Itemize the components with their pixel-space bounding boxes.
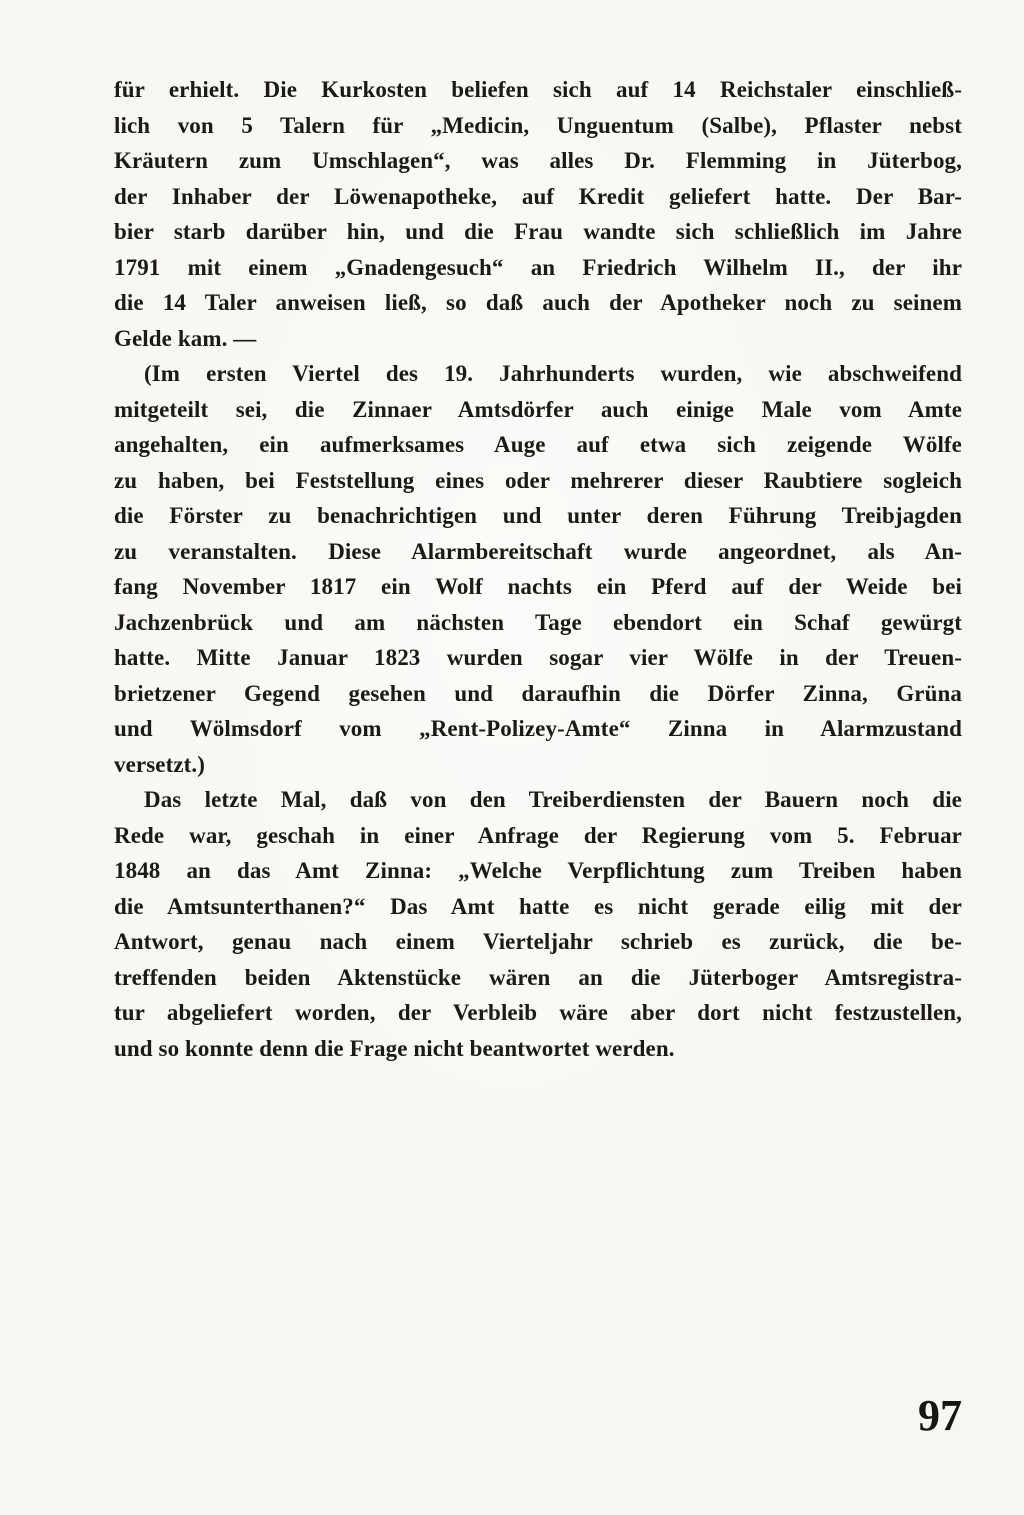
text-line: (Im ersten Viertel des 19. Jahrhunderts … — [114, 356, 962, 392]
text-line: der Inhaber der Löwenapotheke, auf Kredi… — [114, 179, 962, 215]
text-line: tur abgeliefert worden, der Verbleib wär… — [114, 995, 962, 1031]
text-line: bier starb darüber hin, und die Frau wan… — [114, 214, 962, 250]
text-line: und Wölmsdorf vom „Rent-Polizey-Amte“ Zi… — [114, 711, 962, 747]
text-line: und so konnte denn die Frage nicht beant… — [114, 1031, 962, 1067]
text-line: Antwort, genau nach einem Vierteljahr sc… — [114, 924, 962, 960]
text-line: die Amtsunterthanen?“ Das Amt hatte es n… — [114, 889, 962, 925]
text-line: fang November 1817 ein Wolf nachts ein P… — [114, 569, 962, 605]
text-line: mitgeteilt sei, die Zinnaer Amtsdörfer a… — [114, 392, 962, 428]
text-line: zu haben, bei Feststellung eines oder me… — [114, 463, 962, 499]
book-page: für erhielt. Die Kurkosten beliefen sich… — [0, 0, 1024, 1515]
text-line: die Förster zu benachrichtigen und unter… — [114, 498, 962, 534]
text-line: treffenden beiden Aktenstücke wären an d… — [114, 960, 962, 996]
text-line: brietzener Gegend gesehen und daraufhin … — [114, 676, 962, 712]
text-line: versetzt.) — [114, 747, 962, 783]
text-line: für erhielt. Die Kurkosten beliefen sich… — [114, 72, 962, 108]
text-line: angehalten, ein aufmerksames Auge auf et… — [114, 427, 962, 463]
paragraph-wolf-alarm: (Im ersten Viertel des 19. Jahrhunderts … — [114, 356, 962, 782]
text-line: Rede war, geschah in einer Anfrage der R… — [114, 818, 962, 854]
page-number: 97 — [918, 1392, 988, 1440]
paragraph-barber-story: für erhielt. Die Kurkosten beliefen sich… — [114, 72, 962, 356]
text-line: hatte. Mitte Januar 1823 wurden sogar vi… — [114, 640, 962, 676]
text-line: zu veranstalten. Diese Alarmbereitschaft… — [114, 534, 962, 570]
paragraph-treiberdienste-anfrage: Das letzte Mal, daß von den Treiberdiens… — [114, 782, 962, 1066]
text-line: Gelde kam. — — [114, 321, 962, 357]
text-block: für erhielt. Die Kurkosten beliefen sich… — [114, 72, 962, 1066]
text-line: lich von 5 Talern für „Medicin, Unguentu… — [114, 108, 962, 144]
text-line: die 14 Taler anweisen ließ, so daß auch … — [114, 285, 962, 321]
text-line: 1848 an das Amt Zinna: „Welche Verpflich… — [114, 853, 962, 889]
text-line: Das letzte Mal, daß von den Treiberdiens… — [114, 782, 962, 818]
text-line: Kräutern zum Umschlagen“, was alles Dr. … — [114, 143, 962, 179]
text-line: 1791 mit einem „Gnadengesuch“ an Friedri… — [114, 250, 962, 286]
text-line: Jachzenbrück und am nächsten Tage ebendo… — [114, 605, 962, 641]
